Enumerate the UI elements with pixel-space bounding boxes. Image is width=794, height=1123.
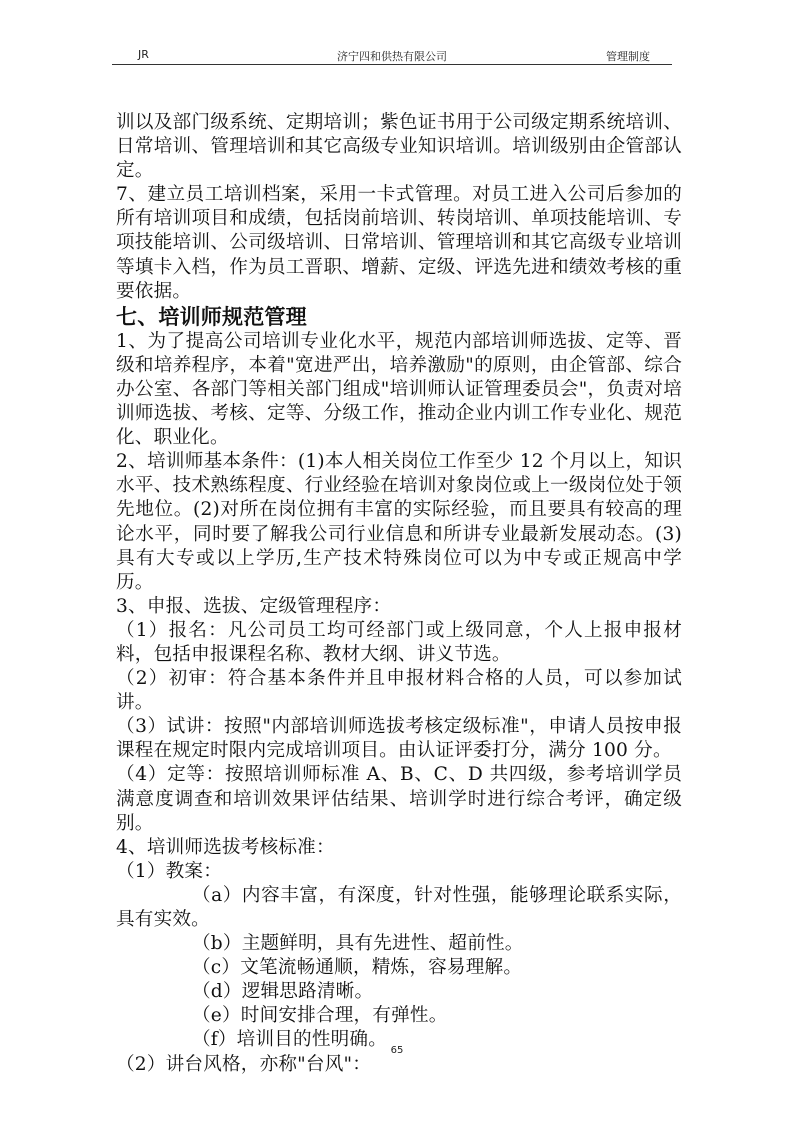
page-number: 65: [391, 1045, 404, 1056]
section-heading: 七、培训师规范管理: [116, 304, 682, 330]
sub-list-item: （c）文笔流畅通顺，精炼，容易理解。: [116, 956, 682, 980]
paragraph: 1、为了提高公司培训专业化水平，规范内部培训师选拔、定等、晋级和培养程序，本着"…: [116, 330, 682, 450]
header-company: 济宁四和供热有限公司: [112, 48, 672, 64]
list-item: （1）报名：凡公司员工均可经部门或上级同意，个人上报申报材料，包括申报课程名称、…: [116, 619, 682, 667]
list-item: （2）初审：符合基本条件并且申报材料合格的人员，可以参加试讲。: [116, 667, 682, 715]
paragraph: 3、申报、选拔、定级管理程序：: [116, 595, 682, 619]
page-header: JR 济宁四和供热有限公司 管理制度: [112, 44, 672, 65]
list-item: （4）定等：按照培训师标准 A、B、C、D 共四级，参考培训学员满意度调查和培训…: [116, 763, 682, 835]
list-item: （2）讲台风格，亦称"台风"：: [116, 1053, 682, 1077]
list-item: （1）教案：: [116, 860, 682, 884]
paragraph: 7、建立员工培训档案，采用一卡式管理。对员工进入公司后参加的所有培训项目和成绩，…: [116, 183, 682, 303]
page-footer: 65: [0, 1045, 794, 1056]
document-body: 训以及部门级系统、定期培训；紫色证书用于公司级定期系统培训、日常培训、管理培训和…: [116, 111, 682, 1077]
paragraph: 2、培训师基本条件：(1)本人相关岗位工作至少 12 个月以上，知识水平、技术熟…: [116, 450, 682, 595]
sub-list-item: （b）主题鲜明，具有先进性、超前性。: [116, 932, 682, 956]
sub-list-item: （d）逻辑思路清晰。: [116, 980, 682, 1004]
paragraph: 4、培训师选拔考核标准：: [116, 836, 682, 860]
header-doc-type: 管理制度: [606, 48, 650, 64]
sub-list-item: （a）内容丰富，有深度，针对性强，能够理论联系实际，具有实效。: [116, 884, 682, 932]
paragraph: 训以及部门级系统、定期培训；紫色证书用于公司级定期系统培训、日常培训、管理培训和…: [116, 111, 682, 183]
list-item: （3）试讲：按照"内部培训师选拔考核定级标准"，申请人员按申报课程在规定时限内完…: [116, 715, 682, 763]
sub-list-item: （e）时间安排合理，有弹性。: [116, 1004, 682, 1028]
